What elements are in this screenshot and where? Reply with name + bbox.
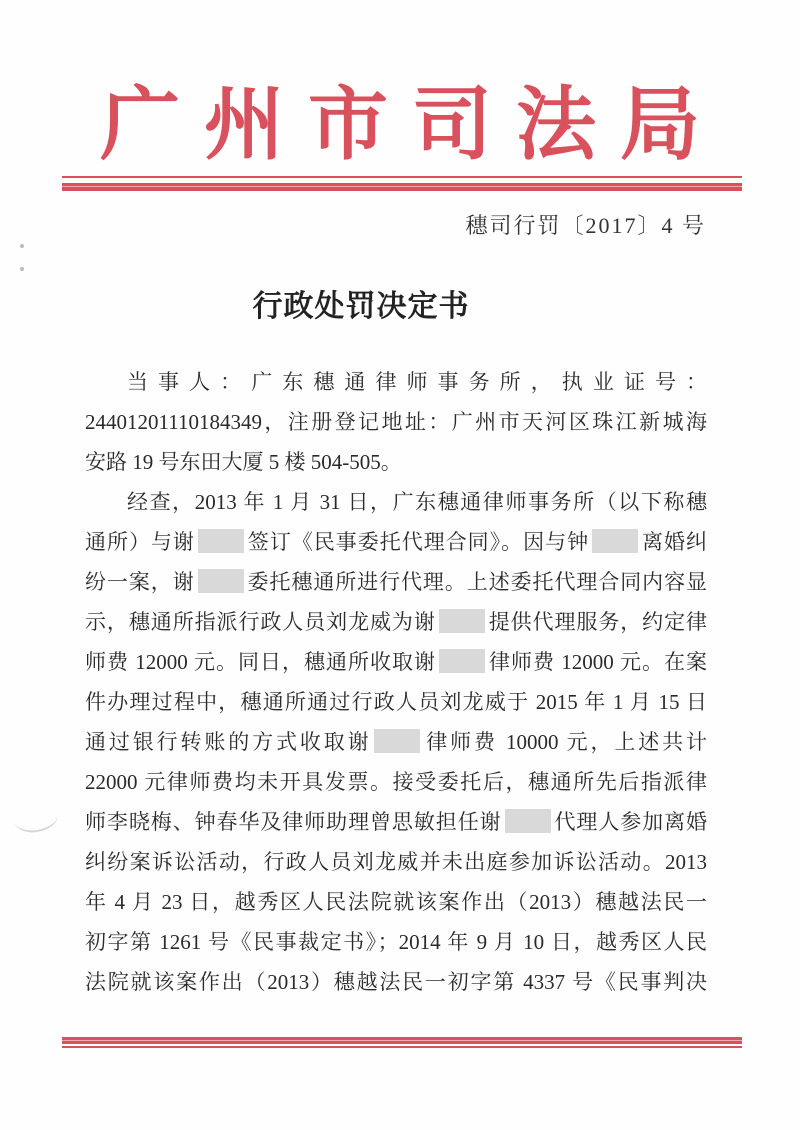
footer-divider-thick <box>62 1037 742 1044</box>
redaction-box <box>198 529 244 553</box>
redaction-box <box>439 649 485 673</box>
body-line: 当事人：广东穗通律师事务所，执业证号： <box>85 362 707 402</box>
body-line: 经查，2013 年 1 月 31 日，广东穗通律师事务所（以下称穗 <box>85 482 707 522</box>
body-line: 件办理过程中，穗通所通过行政人员刘龙威于 2015 年 1 月 15 日 <box>85 682 707 722</box>
body-line: 示，穗通所指派行政人员刘龙威为谢提供代理服务，约定律 <box>85 602 707 642</box>
document-page: 广州市司法局 穗司行罚〔2017〕4 号 行政处罚决定书 当事人：广东穗通律师事… <box>0 0 800 1130</box>
body-line: 通过银行转账的方式收取谢律师费 10000 元，上述共计 <box>85 722 707 762</box>
body-line: 24401201110184349，注册登记地址：广州市天河区珠江新城海 <box>85 402 707 442</box>
redaction-box <box>592 529 638 553</box>
redaction-box <box>374 729 420 753</box>
letterhead-divider-thin <box>62 176 742 178</box>
body-line: 安路 19 号东田大厦 5 楼 504-505。 <box>85 442 707 482</box>
body-line: 初字第 1261 号《民事裁定书》；2014 年 9 月 10 日，越秀区人民 <box>85 922 707 962</box>
letterhead-divider-thick <box>62 183 742 191</box>
page-title: 行政处罚决定书 <box>0 281 722 325</box>
footer-divider-thin <box>62 1046 742 1048</box>
body-line: 纷一案，谢委托穗通所进行代理。上述委托代理合同内容显 <box>85 562 707 602</box>
agency-letterhead: 广州市司法局 <box>0 82 800 170</box>
document-reference-number: 穗司行罚〔2017〕4 号 <box>465 209 706 240</box>
body-line: 师李晓梅、钟春华及律师助理曾思敏担任谢代理人参加离婚 <box>85 802 707 842</box>
redaction-box <box>198 569 244 593</box>
document-body: 当事人：广东穗通律师事务所，执业证号：24401201110184349，注册登… <box>85 362 707 1002</box>
scan-artifact-dot <box>20 267 24 271</box>
body-line: 年 4 月 23 日，越秀区人民法院就该案作出（2013）穗越法民一 <box>85 882 707 922</box>
body-line: 纠纷案诉讼活动，行政人员刘龙威并未出庭参加诉讼活动。2013 <box>85 842 707 882</box>
redaction-box <box>439 609 485 633</box>
scan-artifact-dot <box>20 244 24 248</box>
body-line: 通所）与谢签订《民事委托代理合同》。因与钟离婚纠 <box>85 522 707 562</box>
body-line: 22000 元律师费均未开具发票。接受委托后，穗通所先后指派律 <box>85 762 707 802</box>
scan-artifact-mark <box>12 800 60 835</box>
body-line: 师费 12000 元。同日，穗通所收取谢律师费 12000 元。在案 <box>85 642 707 682</box>
redaction-box <box>505 809 551 833</box>
body-line: 法院就该案作出（2013）穗越法民一初字第 4337 号《民事判决 <box>85 962 707 1002</box>
